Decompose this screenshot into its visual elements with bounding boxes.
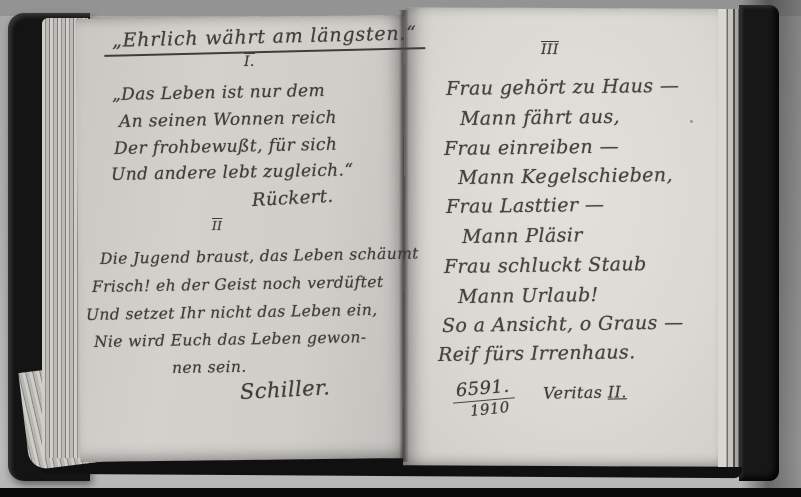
verse-line: Frau gehört zu Haus — <box>446 75 680 100</box>
verse-line: Mann Kegelschieben, <box>458 164 673 189</box>
signature-name: Veritas <box>543 383 603 403</box>
stanza2-line: nen sein. <box>172 358 247 377</box>
signature-numeral: II. <box>608 382 627 401</box>
paper-speck <box>690 120 693 123</box>
verse-line: Mann Pläsir <box>462 224 583 248</box>
book-cover-right <box>739 5 779 481</box>
left-page-numeral-2: II <box>212 219 222 233</box>
verse-line: So a Ansicht, o Graus — <box>442 312 684 337</box>
stanza1-line: „Das Leben ist nur dem <box>112 81 325 105</box>
book-gutter <box>399 10 409 462</box>
verse-line: Mann fährt aus, <box>460 106 620 130</box>
photo-bottom-border <box>0 488 801 497</box>
stanza1-attribution: Rückert. <box>251 186 334 211</box>
album-photograph: „Ehrlich währt am längsten.“ I. „Das Leb… <box>0 0 801 497</box>
stanza2-attribution: Schiller. <box>239 375 330 404</box>
verse-line: Frau schluckt Staub <box>444 253 647 278</box>
signature: Veritas II. <box>543 382 627 402</box>
stanza1-line: Der frohbewußt, für sich <box>114 135 338 159</box>
stanza1-line: An seinen Wonnen reich <box>119 108 337 132</box>
right-page-numeral: III <box>541 42 559 58</box>
page-edges-right <box>718 9 742 467</box>
verse-line: Frau einreiben — <box>444 136 619 160</box>
verse-line: Reif fürs Irrenhaus. <box>438 341 636 366</box>
verse-line: Mann Urlaub! <box>458 284 599 308</box>
verse-line: Frau Lasttier — <box>446 194 605 218</box>
left-page-numeral-1: I. <box>244 54 255 70</box>
